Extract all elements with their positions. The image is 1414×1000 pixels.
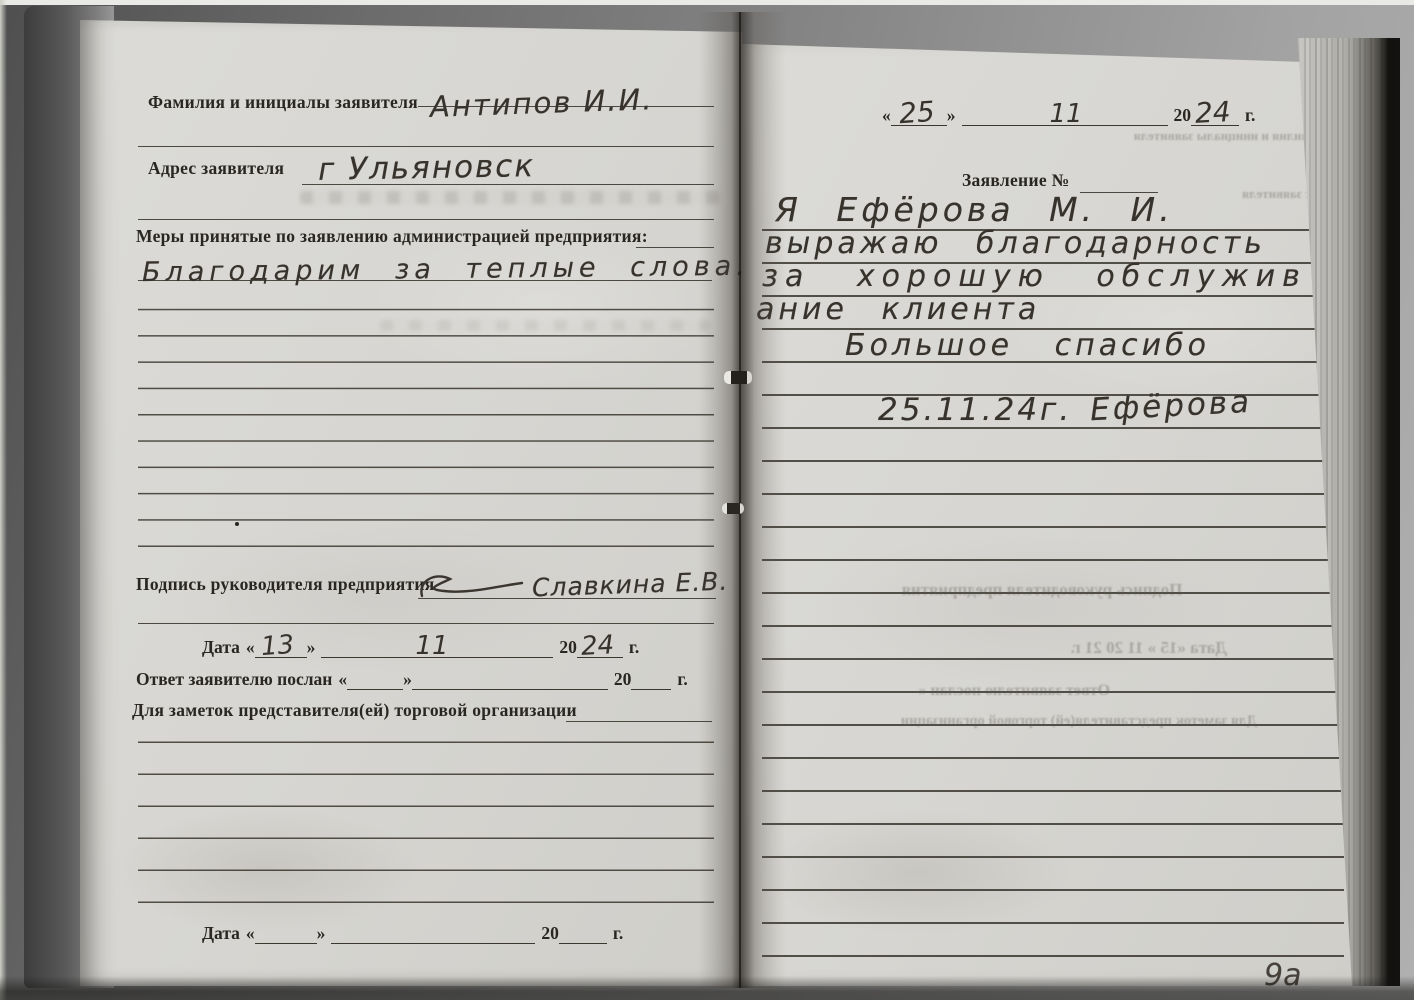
bleedthrough-text: Фамилия и инициалы заявителя: [1138, 128, 1328, 144]
date-year-handwriting: 24: [580, 630, 615, 662]
ruled-lines-empty: [138, 711, 714, 903]
name-handwriting: Антипов И.И.: [429, 82, 653, 124]
left-page: Фамилия и инициалы заявителя Антипов И.И…: [80, 14, 742, 986]
date-label: Дата: [202, 923, 240, 944]
year-prefix: 20: [614, 669, 632, 690]
scan-edge-top: [0, 0, 1414, 5]
ruled-line: [138, 623, 714, 624]
quote-close: »: [403, 669, 412, 690]
scan-edge-left: [0, 0, 7, 1000]
address-handwriting: г Ульяновск: [318, 148, 536, 188]
ink-speck: [235, 522, 239, 526]
quote-open: «: [882, 105, 891, 126]
statement-line-3: за хорошую обслужив: [762, 259, 1307, 294]
year-suffix: г.: [629, 637, 639, 658]
statement-line-2: выражаю благодарность: [765, 226, 1266, 261]
year-prefix: 20: [541, 923, 559, 944]
statement-date-handwriting: 25.11.24г.: [878, 392, 1072, 428]
bleedthrough-text: Ответ заявителю послан «: [790, 682, 1110, 700]
ruled-line: [138, 219, 714, 220]
quote-open: «: [338, 669, 347, 690]
date-year-blank: 24: [1191, 104, 1239, 126]
date-month-handwriting: 11: [1050, 99, 1083, 129]
name-label: Фамилия и инициалы заявителя: [148, 92, 418, 113]
date-label: Дата: [202, 637, 240, 658]
binding-gutter-line: [739, 12, 741, 988]
date-day-handwriting: 13: [260, 630, 295, 662]
bleedthrough-smudge: [300, 191, 720, 204]
date-day-blank: [255, 922, 317, 944]
statement-line-5: Большое спасибо: [845, 328, 1210, 363]
date-month-handwriting: 11: [415, 631, 448, 661]
quote-open: «: [246, 637, 255, 658]
signature-label: Подпись руководителя предприятия: [136, 574, 435, 595]
date-month-blank: [331, 922, 535, 944]
address-label: Адрес заявителя: [148, 158, 284, 179]
statement-line-4: ание клиента: [756, 292, 1040, 327]
header-date-row: « 25 » 11 20 24 г.: [882, 104, 1255, 126]
date-day-blank: 13: [255, 636, 307, 658]
quote-close: »: [317, 923, 326, 944]
ruled-line: [138, 146, 714, 147]
statement-label: Заявление №: [962, 170, 1069, 191]
reply-label: Ответ заявителю послан: [136, 669, 332, 690]
year-prefix: 20: [559, 637, 577, 658]
statement-line-1: Я Ефёрова М. И.: [775, 190, 1174, 229]
date-year-blank: 24: [577, 636, 623, 658]
reply-row: Ответ заявителю послан « » 20 г.: [136, 668, 688, 690]
right-page: « 25 » 11 20 24 г. Заявление № Я Ефёрова…: [742, 40, 1370, 986]
date-row: Дата « 13 » 11 20 24 г.: [202, 636, 639, 658]
year-suffix: г.: [613, 923, 623, 944]
date-year-blank: [559, 922, 607, 944]
bleedthrough-text: Дата «15 » 11 20 21 г.: [847, 638, 1227, 658]
bleedthrough-smudge: [380, 320, 710, 331]
quote-close: »: [947, 105, 956, 126]
date-row-2: Дата « » 20 г.: [202, 922, 623, 944]
reply-day-blank: [347, 668, 403, 690]
binding-stitch: [724, 371, 752, 384]
date-month-blank: 11: [321, 636, 553, 658]
year-suffix: г.: [677, 669, 687, 690]
year-suffix: г.: [1245, 105, 1255, 126]
bleedthrough-text: Для заметок представителя(ей) торговой о…: [847, 713, 1257, 730]
measures-label: Меры принятые по заявлению администрацие…: [136, 226, 648, 247]
quote-open: «: [246, 923, 255, 944]
bleedthrough-text: Подпись руководителя предприятия: [792, 580, 1292, 600]
date-day-handwriting: 25: [898, 95, 936, 130]
measures-handwriting: Благодарим за теплые слова.: [142, 251, 750, 288]
year-prefix: 20: [1174, 105, 1192, 126]
quote-close: »: [307, 637, 316, 658]
measures-blank-start: [636, 247, 714, 248]
reply-month-blank: [412, 668, 608, 690]
date-month-blank: 11: [962, 104, 1168, 126]
signature-flourish: [414, 568, 526, 604]
date-day-blank: 25: [891, 104, 947, 126]
scanned-complaint-book-spread: { "left_page": { "name_label": "Фамилия …: [0, 0, 1414, 1000]
reply-year-blank: [631, 668, 671, 690]
binding-stitch: [722, 503, 744, 514]
date-year-handwriting: 24: [1194, 95, 1231, 130]
